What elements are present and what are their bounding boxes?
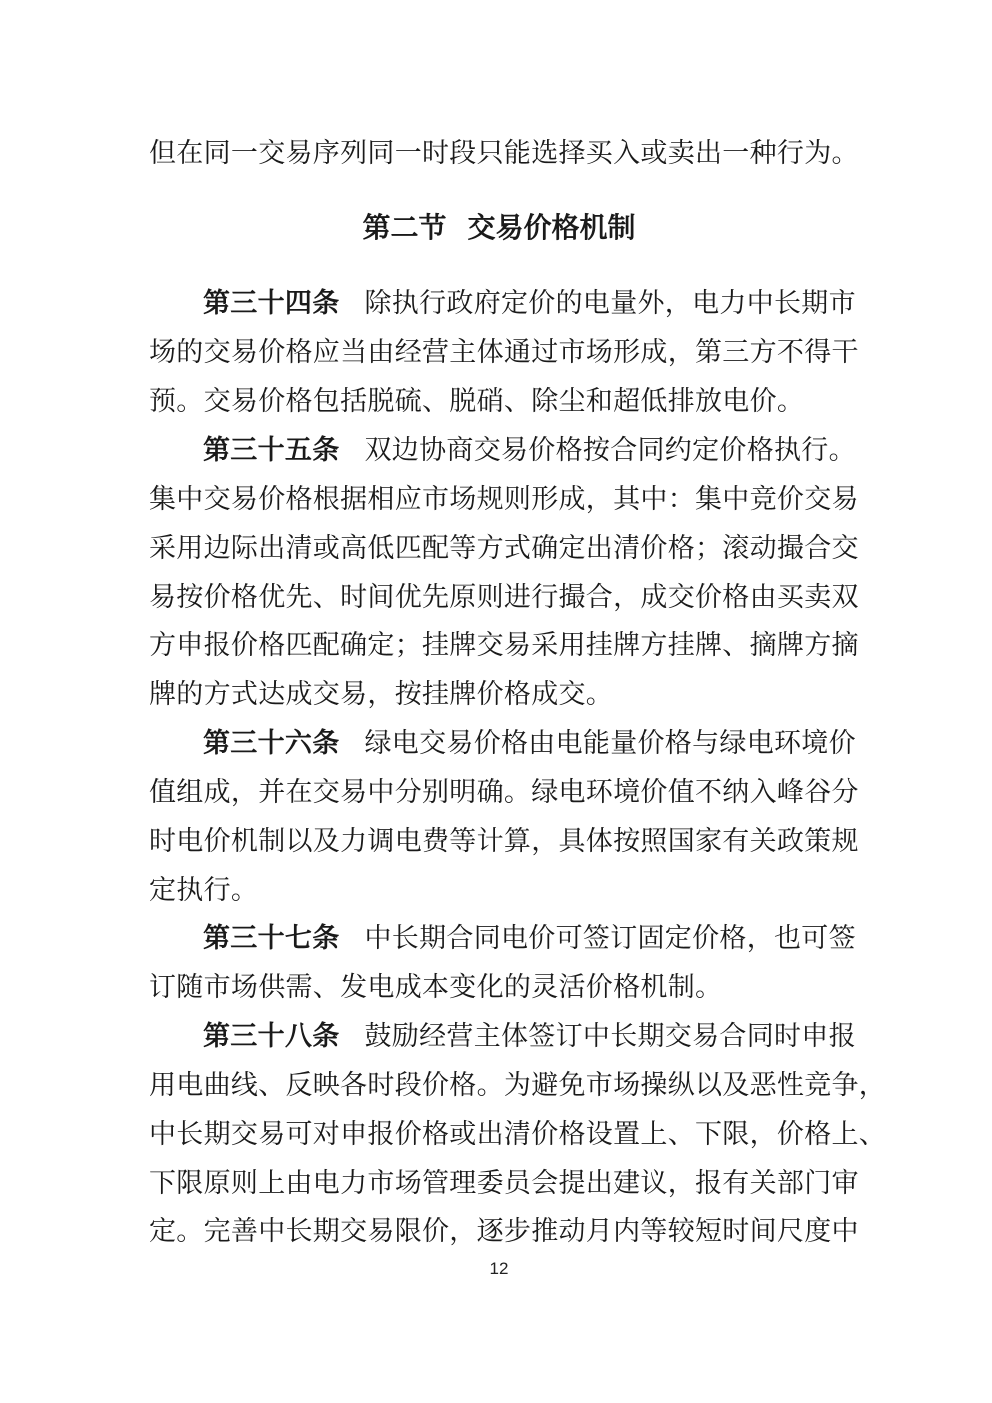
- article-first-line-text: 除执行政府定价的电量外，电力中长期市: [365, 288, 856, 318]
- document-page: 但在同一交易序列同一时段只能选择买入或卖出一种行为。 第二节 交易价格机制 第三…: [0, 0, 992, 1403]
- article-first-line: 第三十五条双边协商交易价格按合同约定价格执行。: [149, 426, 849, 475]
- articles-block: 第三十四条除执行政府定价的电量外，电力中长期市场的交易价格应当由经营主体通过市场…: [149, 279, 849, 1256]
- article-number: 第三十四条: [203, 288, 340, 318]
- article-line: 时电价机制以及力调电费等计算，具体按照国家有关政策规: [149, 817, 849, 866]
- page-content: 但在同一交易序列同一时段只能选择买入或卖出一种行为。 第二节 交易价格机制 第三…: [0, 0, 849, 1279]
- article-line: 订随市场供需、发电成本变化的灵活价格机制。: [149, 963, 849, 1012]
- article-first-line-text: 绿电交易价格由电能量价格与绿电环境价: [365, 728, 856, 758]
- section-heading: 第二节 交易价格机制: [149, 205, 849, 254]
- article-first-line-text: 双边协商交易价格按合同约定价格执行。: [365, 435, 856, 465]
- article-first-line: 第三十四条除执行政府定价的电量外，电力中长期市: [149, 279, 849, 328]
- article-first-line: 第三十七条中长期合同电价可签订固定价格，也可签: [149, 914, 849, 963]
- article-first-line-text: 鼓励经营主体签订中长期交易合同时申报: [365, 1021, 856, 1051]
- article-line: 预。交易价格包括脱硫、脱硝、除尘和超低排放电价。: [149, 377, 849, 426]
- article-line: 定执行。: [149, 866, 849, 915]
- article-number: 第三十六条: [203, 728, 340, 758]
- page-number: 12: [149, 1259, 849, 1279]
- article-first-line: 第三十八条鼓励经营主体签订中长期交易合同时申报: [149, 1012, 849, 1061]
- article-line: 下限原则上由电力市场管理委员会提出建议，报有关部门审: [149, 1159, 849, 1208]
- article-line: 场的交易价格应当由经营主体通过市场形成，第三方不得干: [149, 328, 849, 377]
- article-line: 牌的方式达成交易，按挂牌价格成交。: [149, 670, 849, 719]
- article-number: 第三十七条: [203, 923, 340, 953]
- article-first-line: 第三十六条绿电交易价格由电能量价格与绿电环境价: [149, 719, 849, 768]
- article-line: 集中交易价格根据相应市场规则形成，其中：集中竞价交易: [149, 475, 849, 524]
- article-line: 方申报价格匹配确定；挂牌交易采用挂牌方挂牌、摘牌方摘: [149, 621, 849, 670]
- paragraph-continuation-line: 但在同一交易序列同一时段只能选择买入或卖出一种行为。: [149, 129, 849, 178]
- article-line: 用电曲线、反映各时段价格。为避免市场操纵以及恶性竞争，: [149, 1061, 849, 1110]
- article-line: 定。完善中长期交易限价，逐步推动月内等较短时间尺度中: [149, 1207, 849, 1256]
- article-line: 采用边际出清或高低匹配等方式确定出清价格；滚动撮合交: [149, 524, 849, 573]
- article-first-line-text: 中长期合同电价可签订固定价格，也可签: [365, 923, 856, 953]
- article-line: 易按价格优先、时间优先原则进行撮合，成交价格由买卖双: [149, 573, 849, 622]
- article-number: 第三十八条: [203, 1021, 340, 1051]
- article-line: 值组成，并在交易中分别明确。绿电环境价值不纳入峰谷分: [149, 768, 849, 817]
- article-line: 中长期交易可对申报价格或出清价格设置上、下限，价格上、: [149, 1110, 849, 1159]
- article-number: 第三十五条: [203, 435, 340, 465]
